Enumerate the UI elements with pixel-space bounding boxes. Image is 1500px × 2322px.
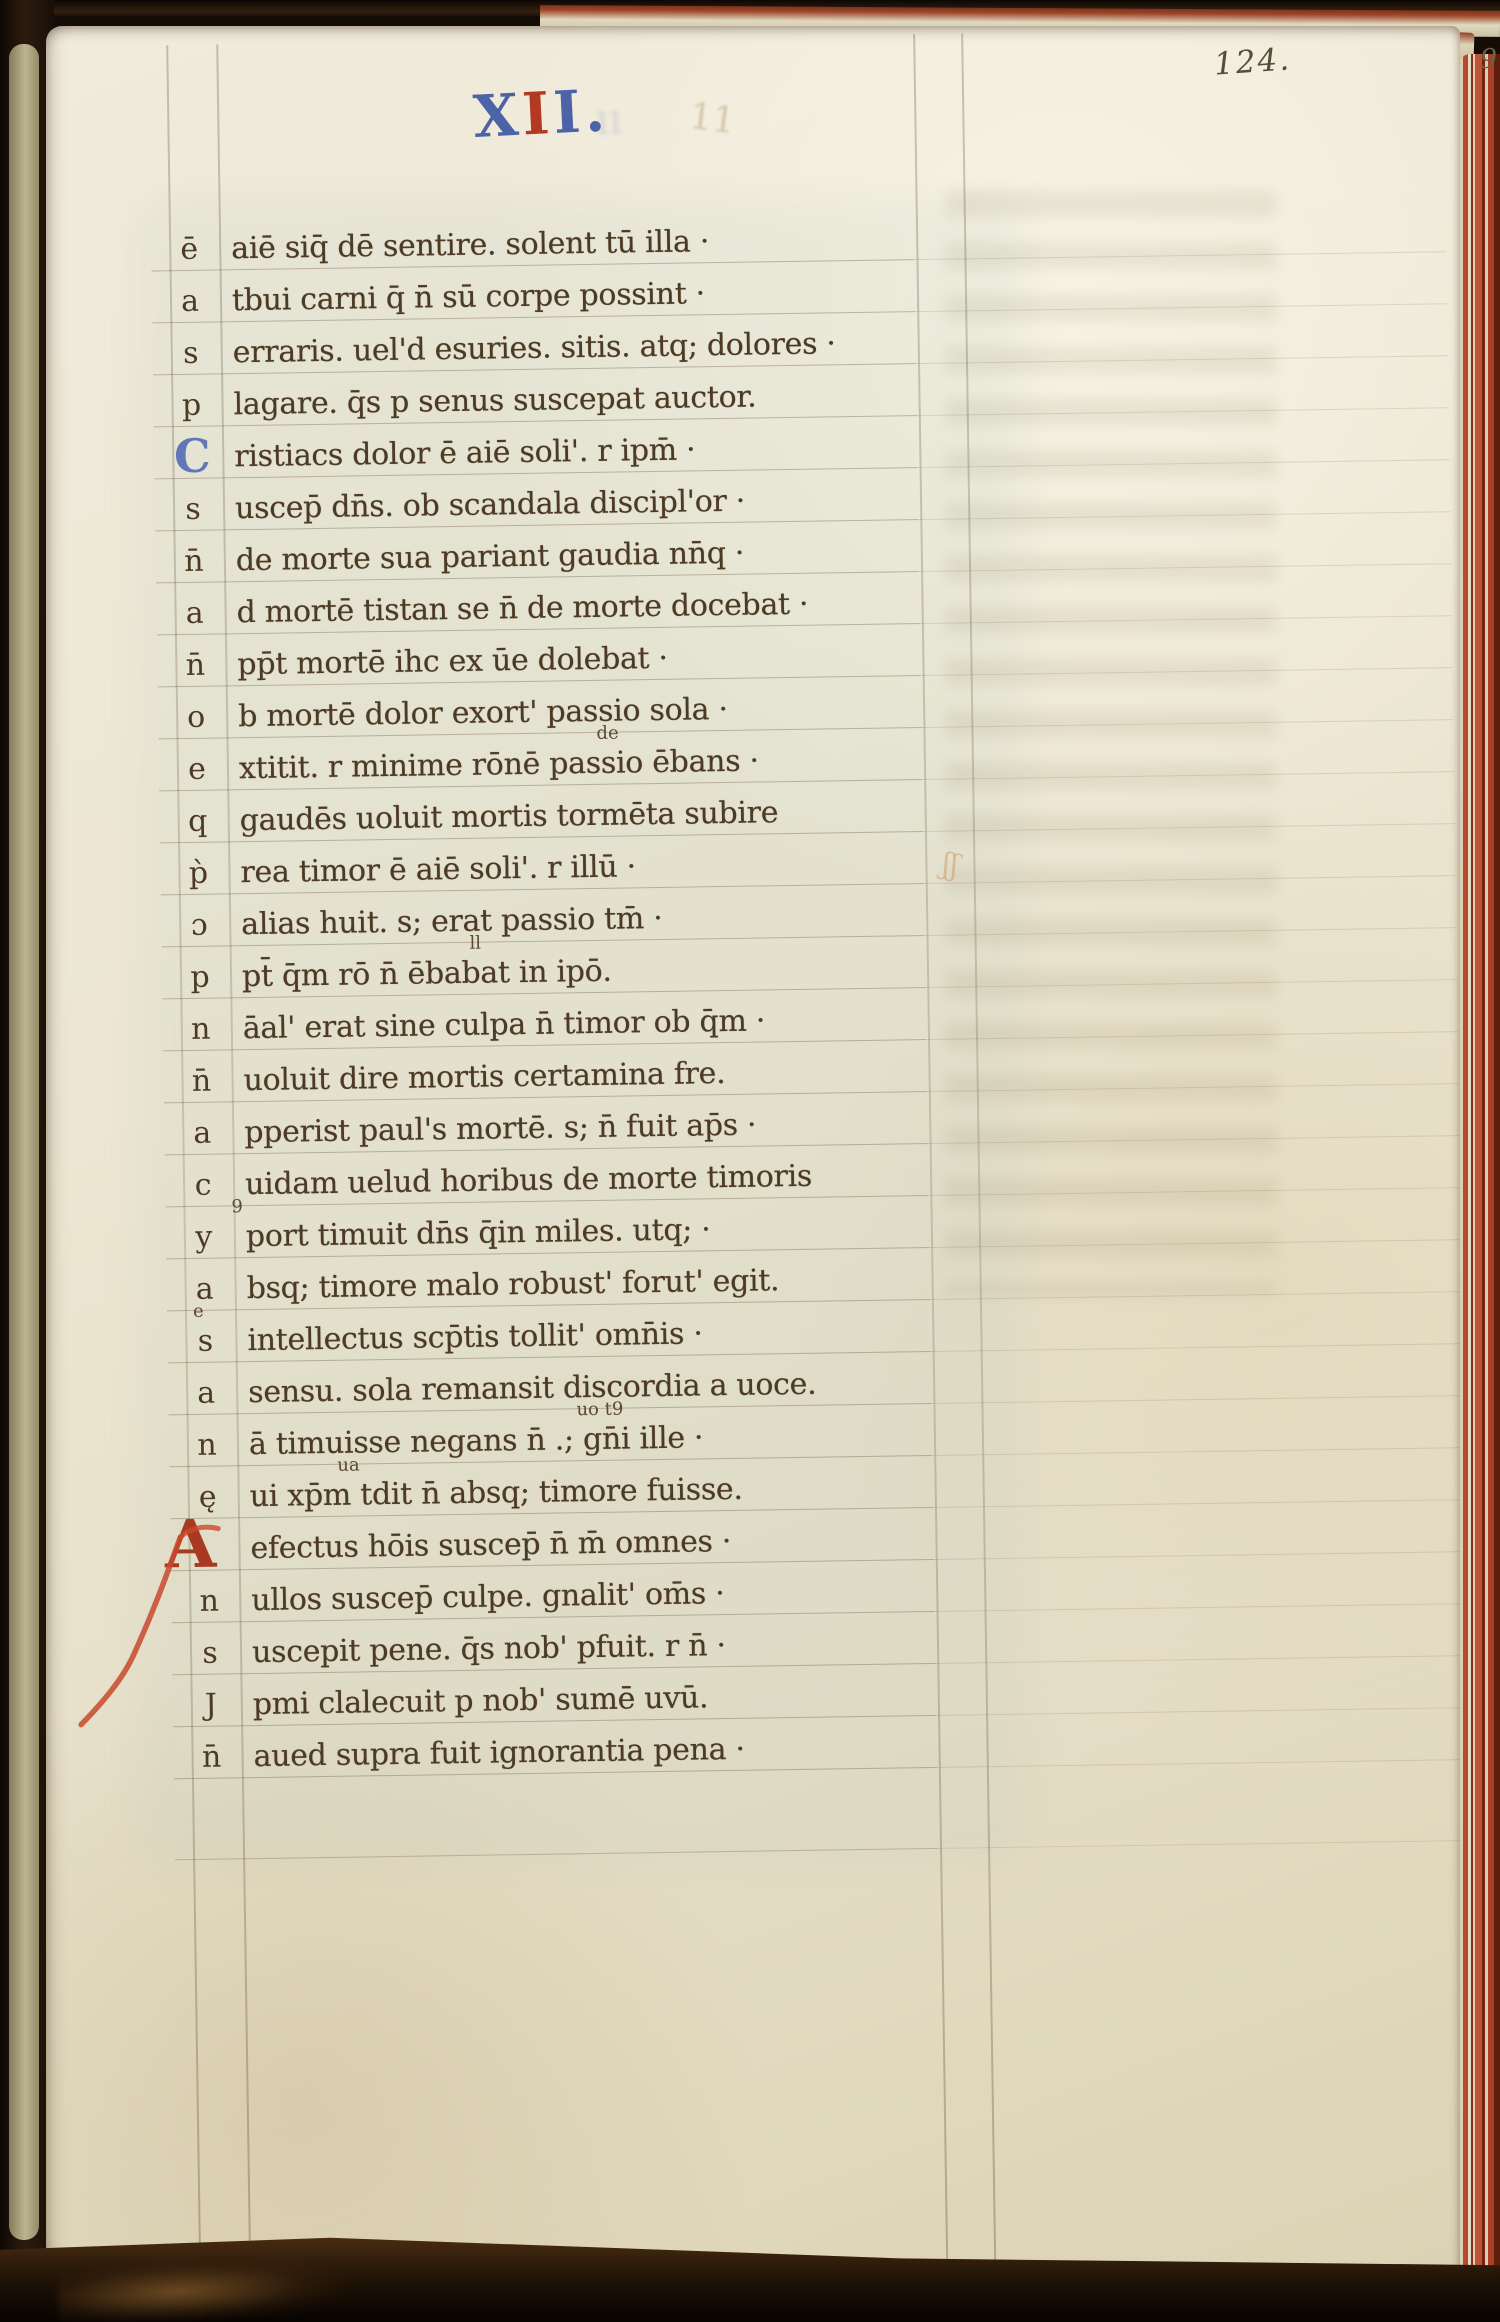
versal-initial: a <box>160 283 221 319</box>
heading-letter: I <box>521 79 555 148</box>
red-pen-flourish <box>68 1494 282 1767</box>
verse-text: uidam uelud horibus de morte timoris <box>245 1159 812 1202</box>
interlinear-gloss: e <box>193 1301 204 1322</box>
verse-text: d mortē tistan se n̄ de morte docebat · <box>236 587 808 630</box>
versal-initial: a <box>174 1271 235 1307</box>
manuscript-page: 124. XII. ıı 11 ʃʃ ēaiē siq̄ dē sentire.… <box>46 26 1460 2284</box>
page-fore-edges <box>1460 54 1500 2292</box>
verse-text: āal' erat sine culpa n̄ timor ob q̄m · <box>243 1003 766 1046</box>
versal-initial: p <box>170 959 231 995</box>
versal-initial: p̀ <box>168 855 229 891</box>
verse-text: sensu. sola remansit discordia a uoce. <box>248 1367 817 1410</box>
verse-text: aued supra fuit ignorantia pena · <box>253 1732 745 1774</box>
text-block: ēaiē siq̄ dē sentire. solent tū illa ·at… <box>151 204 1469 1783</box>
versal-initial: e <box>167 751 228 787</box>
offset-ink-ghost: ıı <box>595 94 623 143</box>
verse-text: efectus hōis suscep̄ n̄ m̄ omnes · <box>250 1524 731 1566</box>
verse-text: ui xp̄m tdit n̄ absq; timore fuisse. <box>249 1472 742 1514</box>
offset-ink-ghost: 11 <box>687 96 738 142</box>
verse-text: b mortē dolor exort' passio sola · <box>238 692 728 734</box>
versal-initial: s <box>163 491 224 527</box>
verse-text: port timuit dn̄s q̄in miles. utq; · <box>246 1212 711 1254</box>
versal-initial: p <box>161 387 222 423</box>
versal-initial: n̄ <box>164 543 225 579</box>
versal-initial: n̄ <box>171 1063 232 1099</box>
verse-text: lagare. q̄s p senus suscepat auctor. <box>233 379 756 422</box>
versal-initial: c <box>173 1167 234 1203</box>
versal-initial: s <box>175 1323 236 1359</box>
versal-initial: n <box>177 1427 238 1463</box>
verse-text: uoluit dire mortis certamina fre. <box>243 1056 725 1098</box>
interlinear-gloss: uo t9 <box>576 1399 623 1421</box>
verse-text: uscepit pene. q̄s nob' pfuit. r n̄ · <box>252 1628 726 1670</box>
verse-text: pmi clalecuit p nob' sumē uvū. <box>253 1680 709 1722</box>
written-area: XII. ıı 11 ʃʃ ēaiē siq̄ dē sentire. sole… <box>46 16 1493 2295</box>
verse-text: pt̄ q̄m rō n̄ ēbabat in ipō. <box>242 954 612 994</box>
verse-text: erraris. uel'd esuries. sitis. atq; dolo… <box>233 326 836 370</box>
verse-text: ristiacs dolor ē aiē soli'. r ipm̄ · <box>234 432 696 474</box>
versal-initial: q <box>167 803 228 839</box>
verse-text: pp̄t mortē ihc ex ūe dolebat · <box>237 641 668 682</box>
verse-text: pperist paul's mortē. s; n̄ fuit ap̄s · <box>244 1108 756 1151</box>
verse-text: intellectus scp̄tis tollit' omn̄is · <box>247 1316 703 1358</box>
verse-text: ā timuisse negans n̄ .; gn̄i ille · <box>249 1420 704 1462</box>
interlinear-gloss: ua <box>337 1454 360 1475</box>
interlinear-gloss: ll <box>469 933 481 954</box>
versal-initial: s <box>161 335 222 371</box>
ruling-line <box>175 1840 1470 1861</box>
versal-initial: n <box>171 1011 232 1047</box>
verse-text: uscep̄ dn̄s. ob scandala discipl'or · <box>235 484 745 527</box>
versal-initial: n̄ <box>165 647 226 683</box>
versal-initial: a <box>176 1375 237 1411</box>
interlinear-gloss: de <box>596 723 618 744</box>
fore-edge-mark: 9 <box>1480 44 1497 75</box>
versal-initial: ɔ <box>169 907 230 943</box>
versal-initial: o <box>166 699 227 735</box>
verse-text: tbui carni q̄ n̄ sū corpe possint · <box>232 276 705 318</box>
versal-initial: ē <box>159 231 220 267</box>
verse-text: alias huit. s; erat passio tm̄ · <box>241 901 663 942</box>
versal-initial: a <box>172 1115 233 1151</box>
verse-text: gaudēs uoluit mortis tormēta subire <box>239 795 778 838</box>
versal-initial: C <box>162 428 223 483</box>
versal-initial: a <box>164 595 225 631</box>
chapter-heading: XII. <box>472 76 611 151</box>
heading-letter: X <box>472 81 524 151</box>
verse-text: bsq; timore malo robust' forut' egit. <box>246 1263 779 1306</box>
verse-text: rea timor ē aiē soli'. r illū · <box>240 849 636 890</box>
verse-text: xtitit. r minime rōnē passio ēbans · <box>239 743 759 786</box>
verse-text: de morte sua pariant gaudia nn̄q · <box>236 536 745 579</box>
verse-text: ullos suscep̄ culpe. gnalit' om̄s · <box>251 1576 725 1618</box>
flyleaf-edge-left <box>9 44 39 2240</box>
versal-initial: y <box>174 1219 235 1255</box>
verse-text: aiē siq̄ dē sentire. solent tū illa · <box>231 224 709 266</box>
interlinear-gloss: 9 <box>231 1196 243 1217</box>
